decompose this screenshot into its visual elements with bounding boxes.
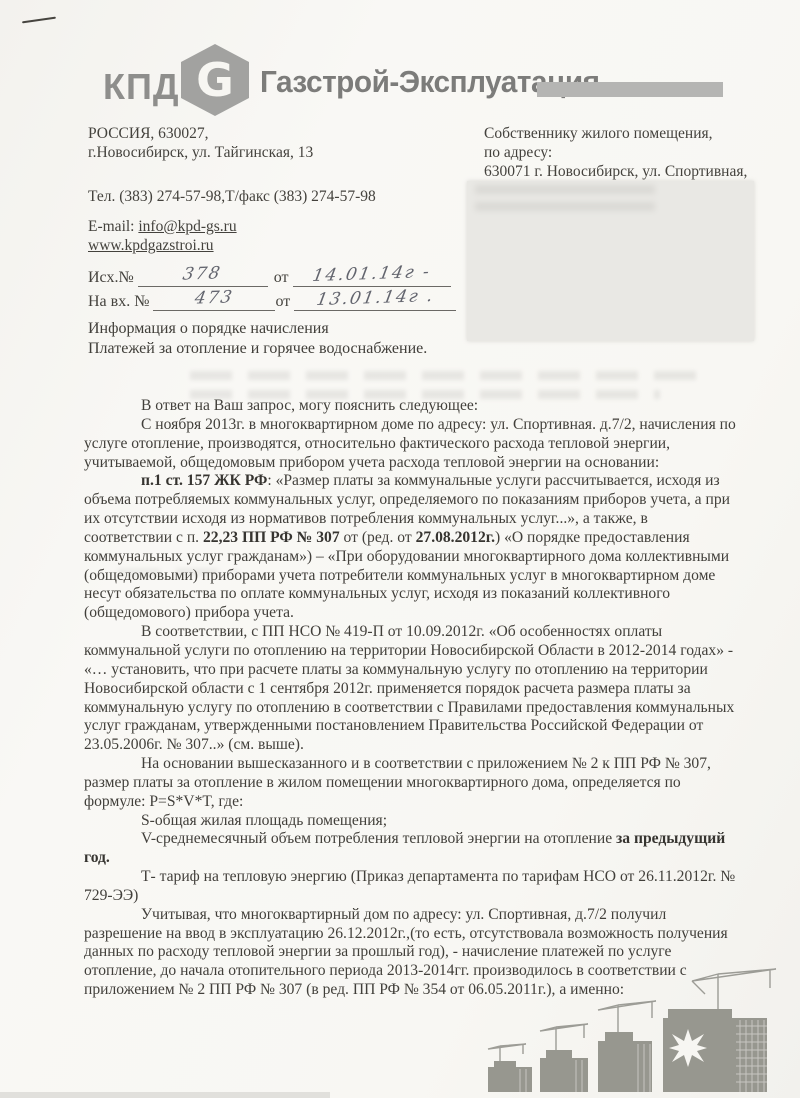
incoming-number-blank: 473 bbox=[153, 288, 275, 311]
sender-email-line: E-mail: info@kpd-gs.ru bbox=[88, 217, 376, 236]
body-text: от (ред. от bbox=[340, 529, 416, 546]
scan-edge-artifact bbox=[0, 1092, 330, 1098]
body-paragraph: В ответ на Ваш запрос, могу пояснить сле… bbox=[84, 397, 736, 416]
subject-line1: Информация о порядке начисления bbox=[88, 319, 427, 339]
outgoing-number-handwritten: 378 bbox=[182, 263, 224, 284]
redacted-area bbox=[467, 181, 754, 341]
svg-text:G: G bbox=[196, 53, 234, 107]
incoming-date-handwritten: 13.01.14г . bbox=[315, 286, 436, 310]
body-text: В соответствии, с ПП НСО № 419-П от 10.0… bbox=[84, 623, 734, 753]
bleedthrough-smudge bbox=[190, 371, 700, 380]
body-paragraph: В соответствии, с ПП НСО № 419-П от 10.0… bbox=[84, 623, 736, 755]
body-text-bold: 27.08.2012г. bbox=[416, 529, 495, 546]
outgoing-date-blank: 14.01.14г - bbox=[293, 264, 451, 287]
hexagon-g-icon: G bbox=[176, 44, 254, 116]
body-paragraph: На основании вышесказанного и в соответс… bbox=[84, 755, 736, 812]
body-text-bold: п.1 ст. 157 ЖК РФ bbox=[141, 472, 267, 489]
redacted-ghost-text bbox=[475, 185, 655, 219]
sender-website: www.kpdgazstroi.ru bbox=[88, 236, 376, 255]
sender-address: г.Новосибирск, ул. Тайгинская, 13 bbox=[88, 143, 376, 162]
body-text: Т- тариф на тепловую энергию (Приказ деп… bbox=[84, 868, 735, 904]
incoming-date-blank: 13.01.14г . bbox=[294, 288, 456, 311]
incoming-from-label: от bbox=[275, 293, 290, 311]
letter-body: В ответ на Ваш запрос, могу пояснить сле… bbox=[84, 397, 736, 1000]
body-paragraph: S-общая жилая площадь помещения; bbox=[84, 812, 736, 831]
recipient-block: Собственнику жилого помещения, по адресу… bbox=[484, 124, 747, 181]
body-text-bold: 22,23 ПП РФ № 307 bbox=[203, 529, 340, 546]
pen-mark-artifact bbox=[22, 17, 56, 24]
brand-kpd-text: КПД bbox=[103, 66, 180, 108]
incoming-ref-line: На вх. № 473 от 13.01.14г . bbox=[88, 287, 456, 311]
sender-phone: Тел. (383) 274-57-98,Т/факс (383) 274-57… bbox=[88, 187, 376, 206]
body-paragraph: С ноября 2013г. в многоквартирном доме п… bbox=[84, 416, 736, 473]
outgoing-ref-line: Исх.№ 378 от 14.01.14г - bbox=[88, 263, 456, 287]
email-address: info@kpd-gs.ru bbox=[138, 218, 236, 235]
incoming-number-handwritten: 473 bbox=[193, 287, 235, 308]
construction-watermark-graphic bbox=[478, 966, 800, 1098]
recipient-line3: 630071 г. Новосибирск, ул. Спортивная, bbox=[484, 162, 747, 181]
outgoing-number-label: Исх.№ bbox=[88, 269, 134, 287]
email-label: E-mail: bbox=[88, 218, 138, 235]
incoming-number-label: На вх. № bbox=[88, 293, 149, 311]
outgoing-from-label: от bbox=[274, 269, 289, 287]
recipient-line2: по адресу: bbox=[484, 143, 747, 162]
outgoing-number-blank: 378 bbox=[138, 264, 268, 287]
reference-block: Исх.№ 378 от 14.01.14г - На вх. № 473 от… bbox=[88, 263, 456, 311]
recipient-line1: Собственнику жилого помещения, bbox=[484, 124, 747, 143]
body-paragraph: Т- тариф на тепловую энергию (Приказ деп… bbox=[84, 868, 736, 906]
outgoing-date-handwritten: 14.01.14г - bbox=[311, 262, 433, 286]
letterhead-bar bbox=[537, 82, 723, 97]
sender-block: РОССИЯ, 630027, г.Новосибирск, ул. Тайги… bbox=[88, 124, 376, 255]
body-text: S-общая жилая площадь помещения; bbox=[141, 812, 387, 829]
scanned-letter-page: КПД G Газстрой-Эксплуатация РОССИЯ, 6300… bbox=[0, 0, 800, 1098]
body-text: На основании вышесказанного и в соответс… bbox=[84, 755, 711, 810]
subject-line2: Платежей за отопление и горячее водоснаб… bbox=[88, 339, 427, 359]
body-paragraph: п.1 ст. 157 ЖК РФ: «Размер платы за комм… bbox=[84, 472, 736, 623]
subject-block: Информация о порядке начисления Платежей… bbox=[88, 319, 427, 358]
body-text: V-среднемесячный объем потребления тепло… bbox=[141, 830, 616, 847]
sender-country: РОССИЯ, 630027, bbox=[88, 124, 376, 143]
body-text: В ответ на Ваш запрос, могу пояснить сле… bbox=[141, 397, 478, 414]
body-text: С ноября 2013г. в многоквартирном доме п… bbox=[84, 416, 736, 471]
body-paragraph: V-среднемесячный объем потребления тепло… bbox=[84, 830, 736, 868]
